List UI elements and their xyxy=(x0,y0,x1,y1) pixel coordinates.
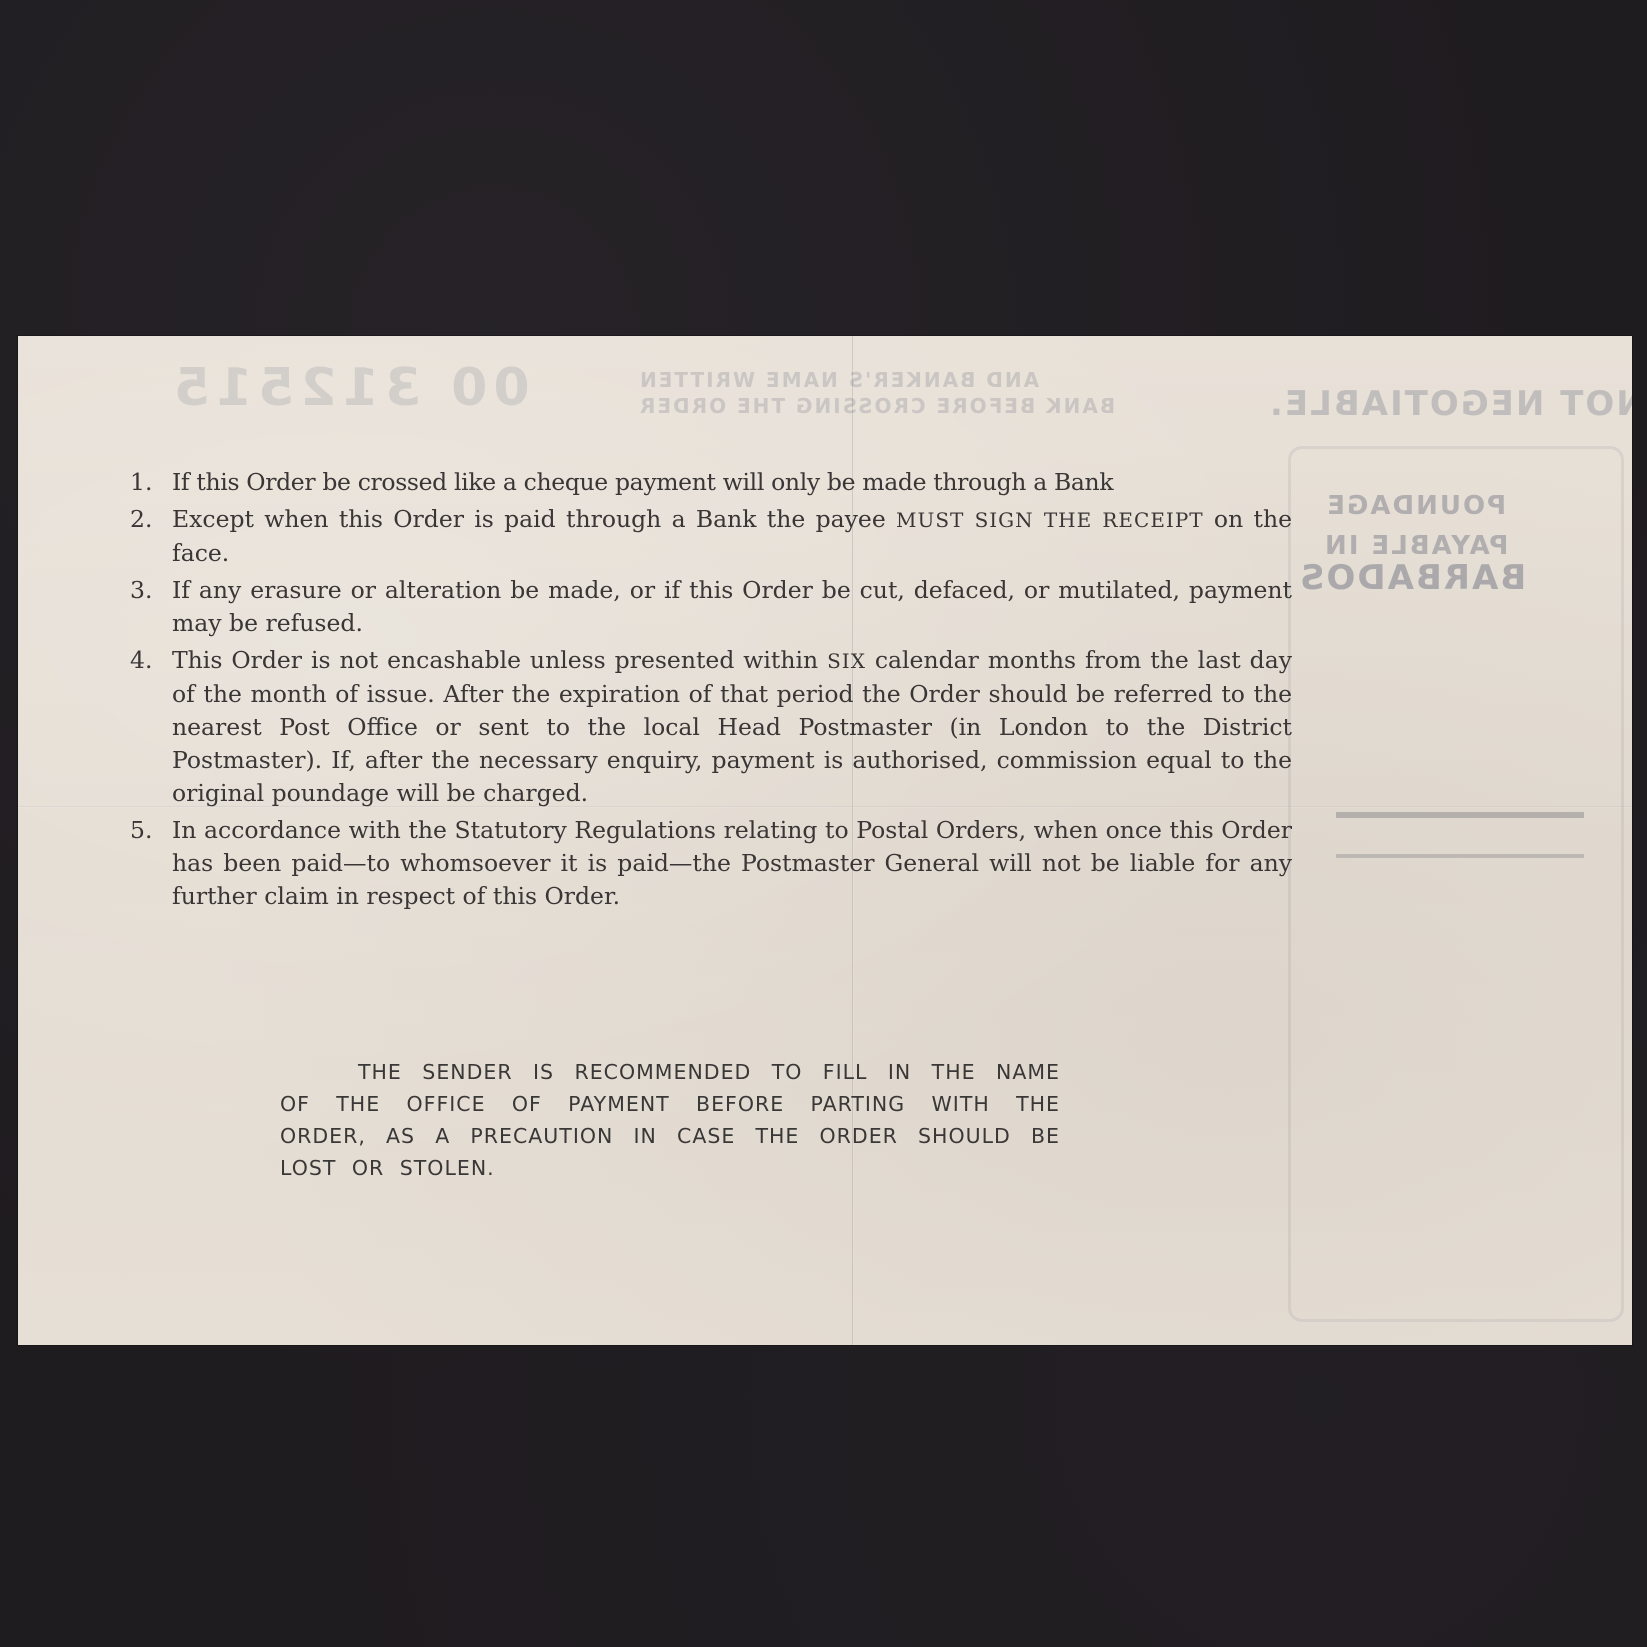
condition-number: 5. xyxy=(130,814,172,913)
bleed-through-barbados: BARBADOS xyxy=(1298,558,1526,598)
bleed-through-not-negotiable: NOT NEGOTIABLE. xyxy=(1268,384,1632,424)
bleed-through-stamp-box xyxy=(1336,812,1584,858)
condition-item: 5. In accordance with the Statutory Regu… xyxy=(130,814,1292,913)
condition-number: 2. xyxy=(130,503,172,570)
sender-recommendation-note: THE SENDER IS RECOMMENDED TO FILL IN THE… xyxy=(280,1056,1060,1184)
condition-text: If this Order be crossed like a cheque p… xyxy=(172,466,1292,499)
condition-text-before: Except when this Order is paid through a… xyxy=(172,505,896,533)
condition-number: 1. xyxy=(130,466,172,499)
condition-text-before: This Order is not encashable unless pres… xyxy=(172,646,827,674)
bleed-through-poundage: POUNDAGE PAYABLE IN xyxy=(1323,486,1508,566)
condition-text: If any erasure or alteration be made, or… xyxy=(172,574,1292,640)
condition-emphasis: MUST SIGN THE RECEIPT xyxy=(896,508,1204,532)
condition-text: Except when this Order is paid through a… xyxy=(172,503,1292,570)
condition-item: 2. Except when this Order is paid throug… xyxy=(130,503,1292,570)
condition-text: This Order is not encashable unless pres… xyxy=(172,644,1292,810)
conditions-list: 1. If this Order be crossed like a chequ… xyxy=(130,466,1292,917)
condition-number: 3. xyxy=(130,574,172,640)
condition-item: 4. This Order is not encashable unless p… xyxy=(130,644,1292,810)
condition-item: 1. If this Order be crossed like a chequ… xyxy=(130,466,1292,499)
condition-number: 4. xyxy=(130,644,172,810)
postal-order-reverse: 00 312515 AND BANKER'S NAME WRITTEN BANK… xyxy=(18,336,1632,1345)
poundage-line-1: POUNDAGE xyxy=(1323,486,1508,526)
condition-emphasis: SIX xyxy=(827,649,866,673)
bleed-through-serial: 00 312515 xyxy=(168,358,530,418)
condition-item: 3. If any erasure or alteration be made,… xyxy=(130,574,1292,640)
condition-text: In accordance with the Statutory Regulat… xyxy=(172,814,1292,913)
bleed-through-bank-note-2: BANK BEFORE CROSSING THE ORDER xyxy=(638,394,1115,418)
bleed-through-bank-note: AND BANKER'S NAME WRITTEN xyxy=(638,368,1039,392)
